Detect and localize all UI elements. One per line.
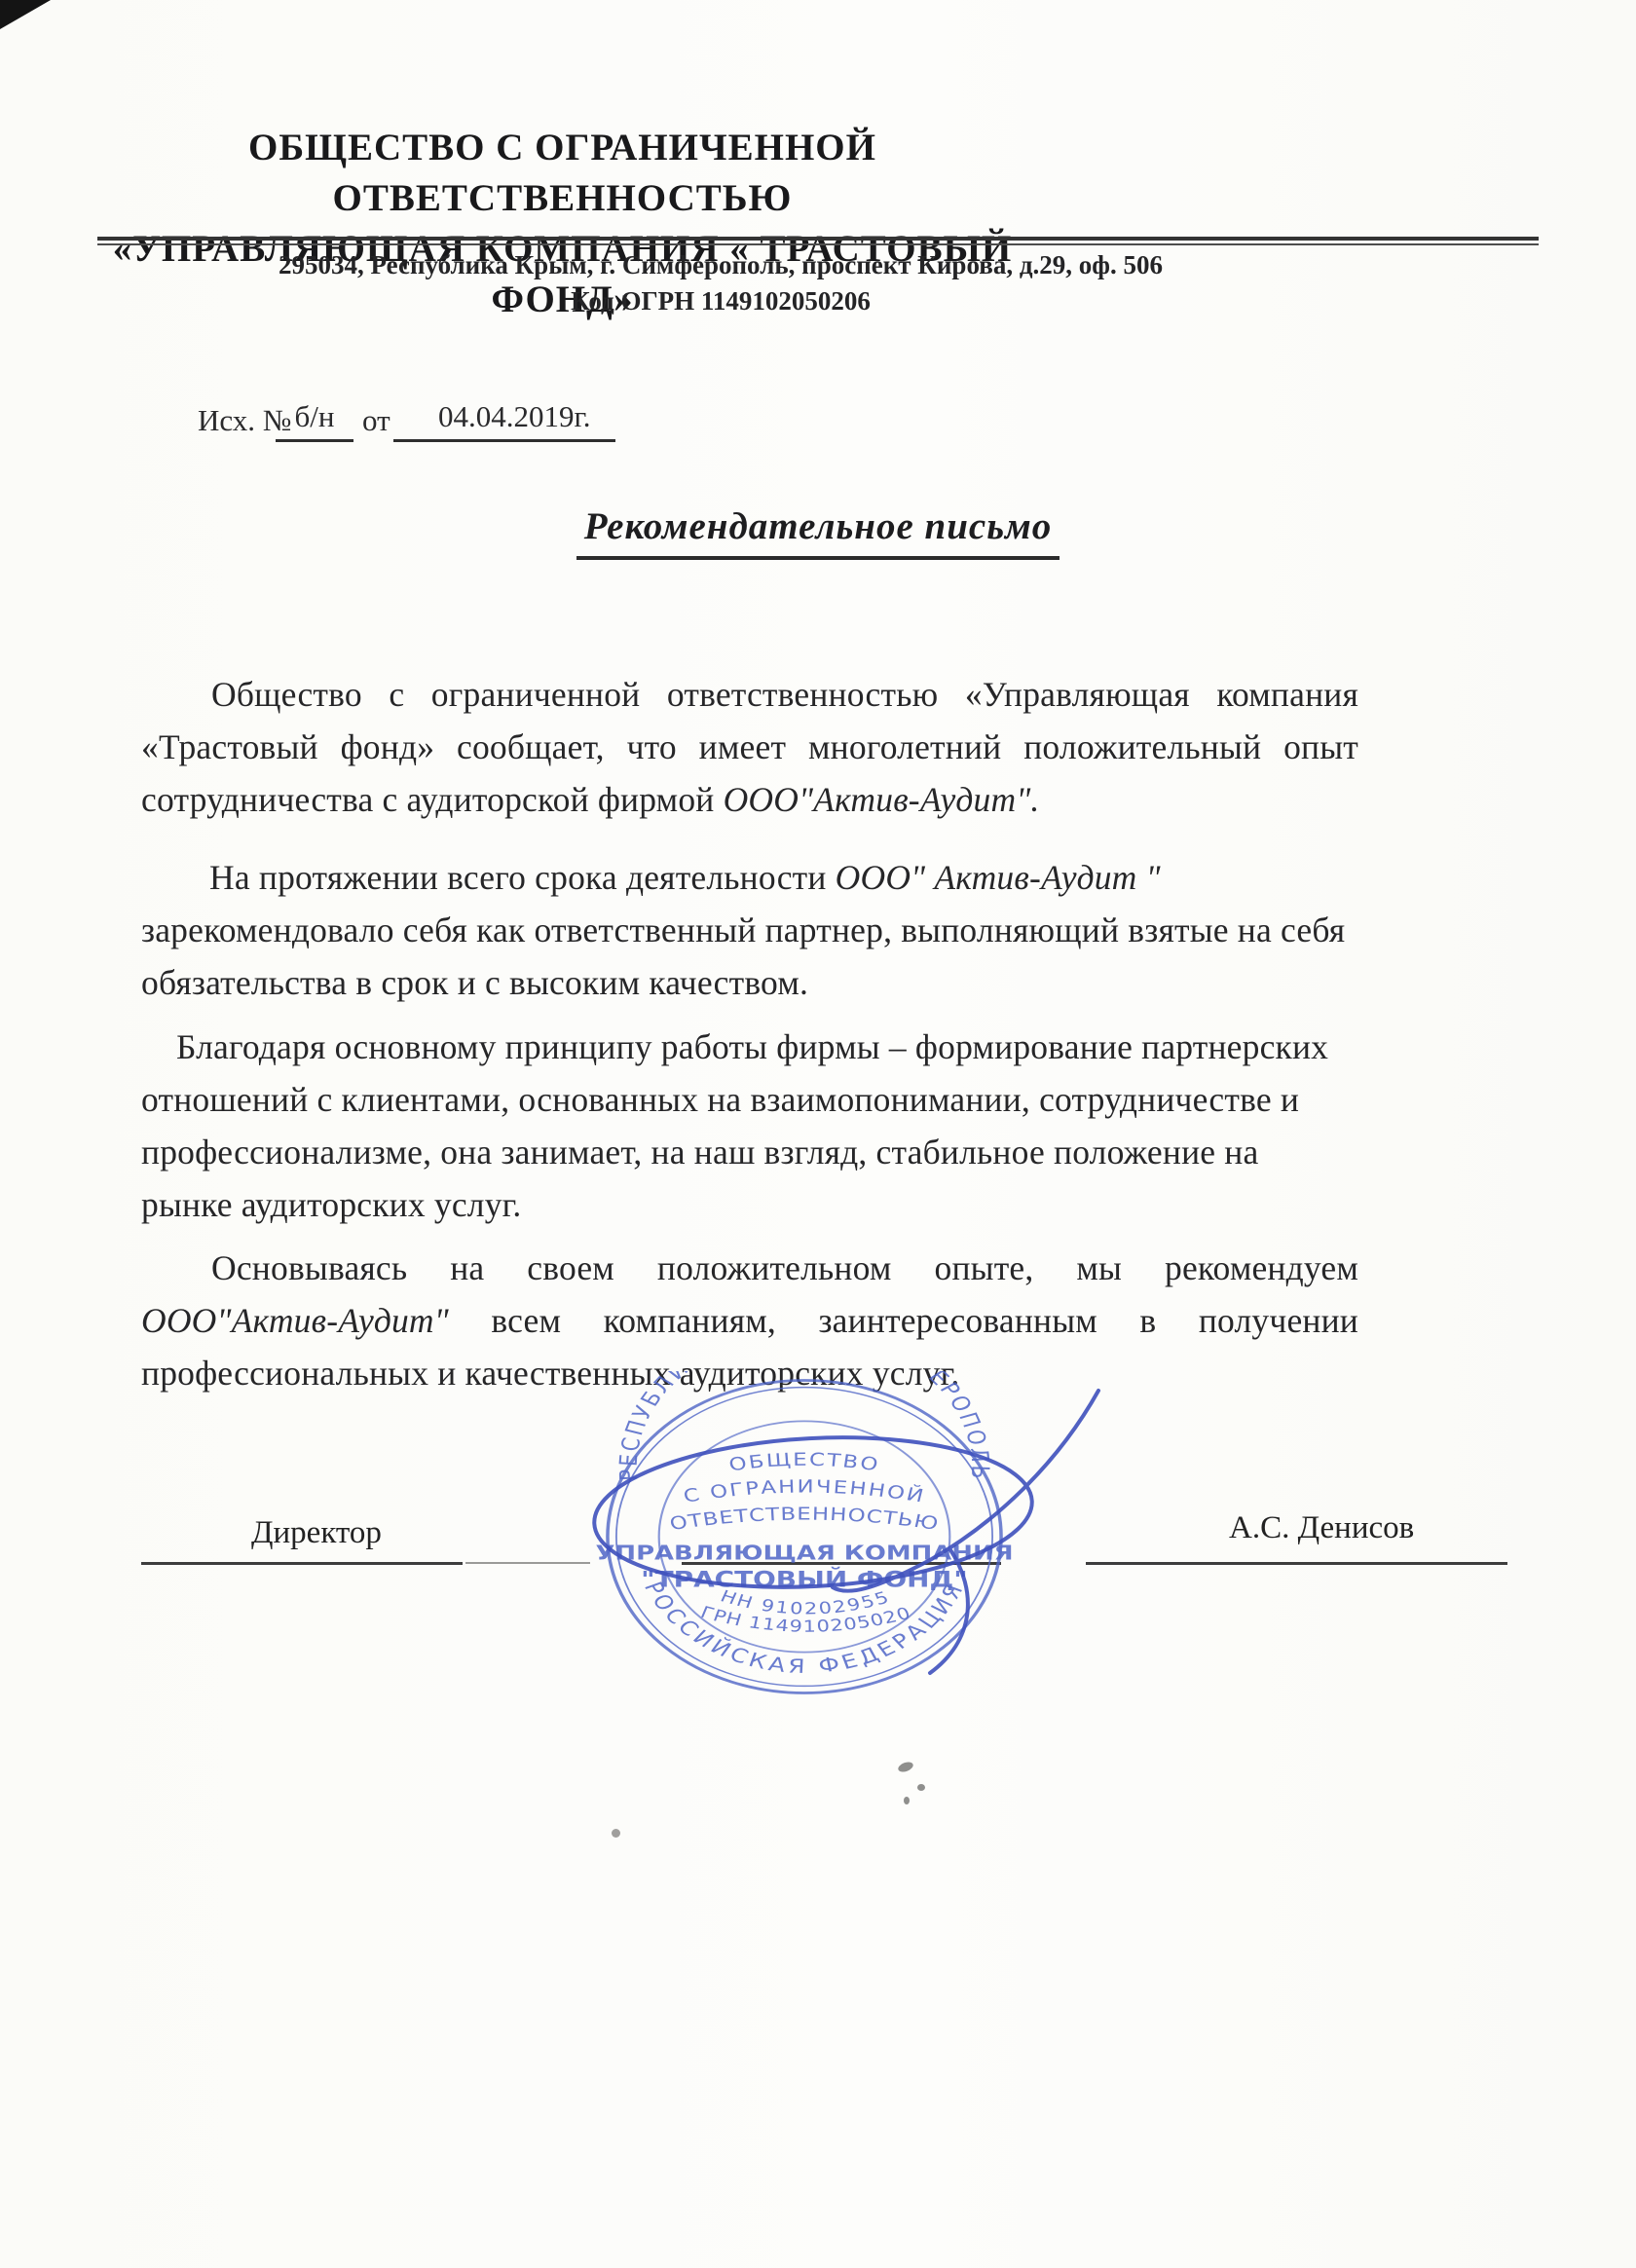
- ref-from-label: от: [362, 403, 390, 438]
- org-address: 295034, Республика Крым, г. Симферополь,…: [234, 247, 1208, 283]
- scan-artifact: [612, 1829, 620, 1838]
- company-name-emphasis: ООО"Актив-Аудит".: [724, 780, 1040, 819]
- letter-page: ОБЩЕСТВО С ОГРАНИЧЕННОЙ ОТВЕТСТВЕННОСТЬЮ…: [0, 0, 1636, 2268]
- scan-artifact: [904, 1797, 910, 1804]
- scan-artifact: [0, 0, 51, 29]
- org-name-line1: ОБЩЕСТВО С ОГРАНИЧЕННОЙ ОТВЕТСТВЕННОСТЬЮ: [54, 123, 1071, 224]
- paragraph-3: Благодаря основному принципу работы фирм…: [141, 1021, 1358, 1231]
- ref-number: б/н: [276, 399, 353, 442]
- handwritten-signature: [545, 1354, 1149, 1694]
- document-title: Рекомендательное письмо: [0, 504, 1636, 560]
- paragraph-text: Основываясь на своем положительном опыте…: [211, 1248, 1358, 1287]
- signature-line: [141, 1562, 463, 1565]
- scan-artifact: [917, 1784, 925, 1791]
- company-name-emphasis: ООО" Актив-Аудит ": [836, 858, 1161, 897]
- paragraph-text: На протяжении всего срока деятельности: [209, 858, 836, 897]
- ref-date: 04.04.2019г.: [393, 399, 615, 442]
- paragraph-2: На протяжении всего срока деятельности О…: [141, 851, 1358, 1009]
- signature-person-name: А.С. Денисов: [1229, 1510, 1414, 1546]
- letterhead-divider: [97, 237, 1539, 245]
- scan-artifact: [897, 1761, 914, 1774]
- org-ogrn: Код ОГРН 1149102050206: [234, 283, 1208, 319]
- paragraph-text: зарекомендовало себя как ответственный п…: [141, 911, 1345, 1002]
- company-name-emphasis: ООО"Актив-Аудит": [141, 1301, 449, 1340]
- paragraph-1: Общество с ограниченной ответственностью…: [141, 668, 1358, 826]
- letterhead-address-block: 295034, Республика Крым, г. Симферополь,…: [234, 247, 1208, 319]
- paragraph-text: Благодаря основному принципу работы фирм…: [141, 1027, 1328, 1224]
- signature-role-label: Директор: [251, 1515, 382, 1551]
- signature-strokes: [590, 1391, 1098, 1673]
